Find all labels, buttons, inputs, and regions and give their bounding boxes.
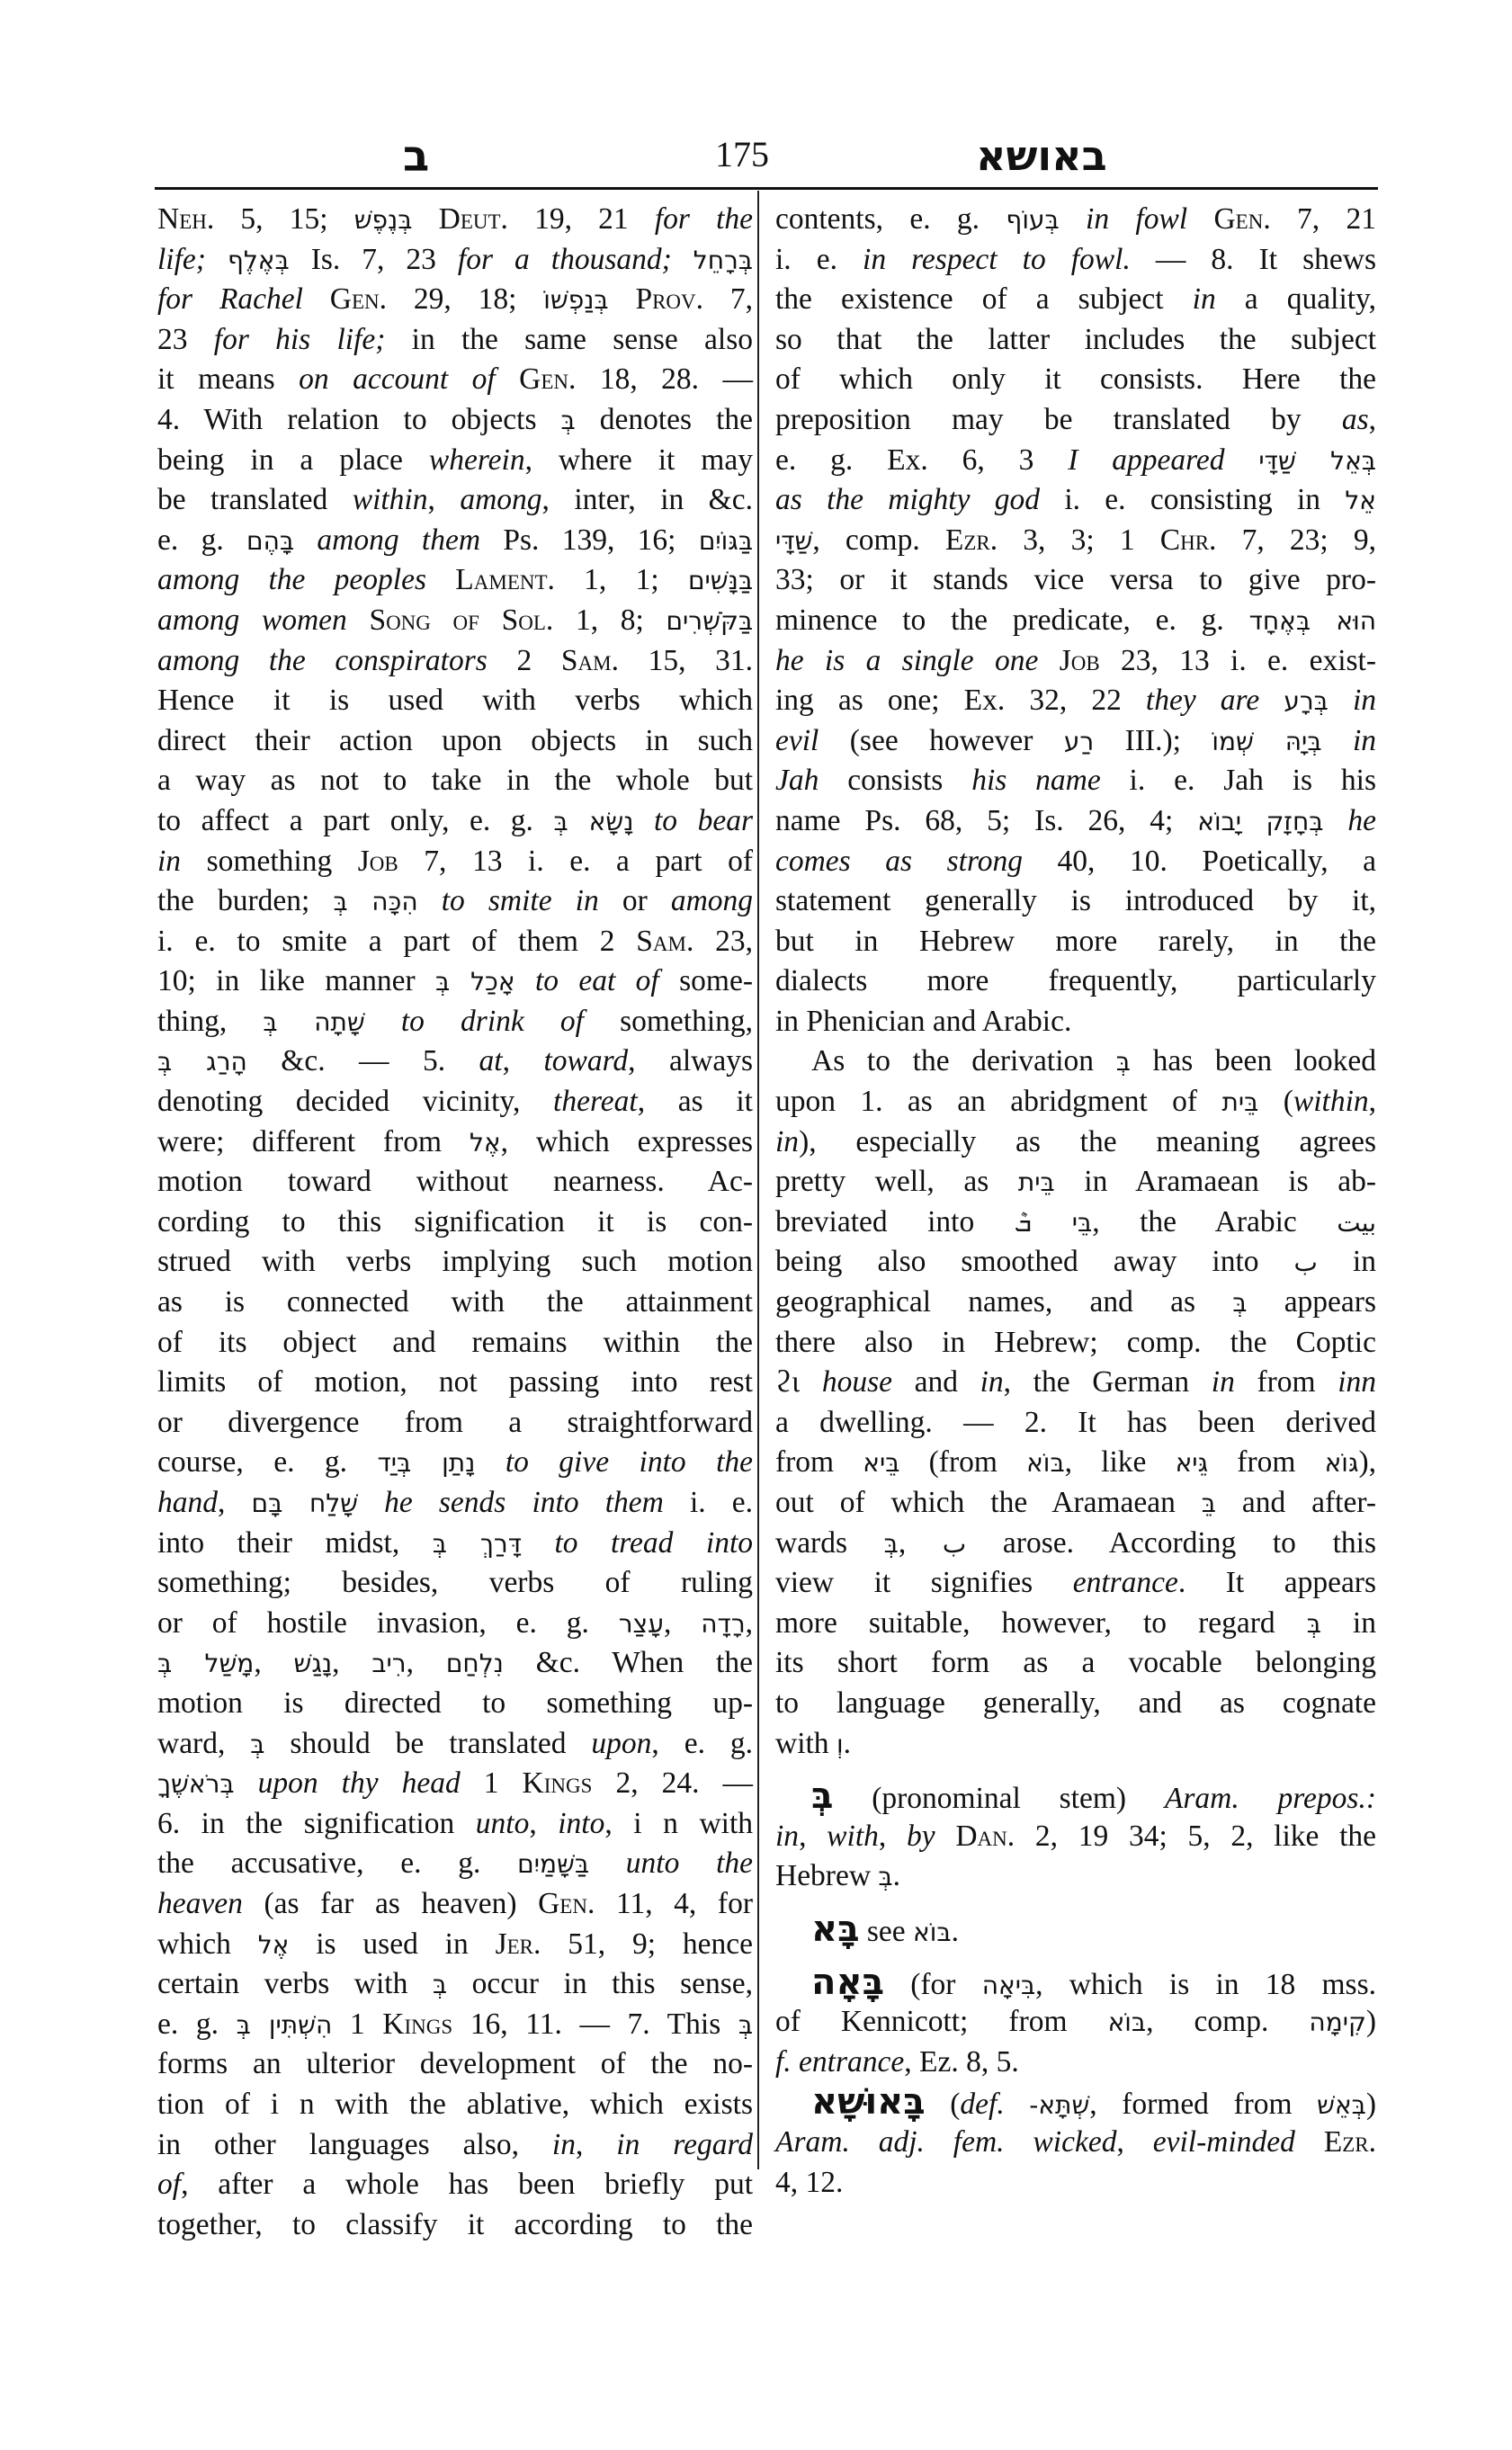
text-line: 4, 12. — [775, 2163, 1376, 2204]
text-line: ϩι house and in, the German in from inn — [775, 1363, 1376, 1403]
text-line: he is a single one Job 23, 13 i. e. exis… — [775, 641, 1376, 682]
text-line: something; besides, verbs of ruling — [157, 1563, 753, 1604]
text-line: breviated into בֵּי ܒܶ, the Arabic بيت — [775, 1203, 1376, 1243]
entry-headword: בָּאָה — [811, 1962, 884, 2003]
text-line: ward, בְּ should be translated upon, e. … — [157, 1724, 753, 1765]
text-line: in Phenician and Arabic. — [775, 1002, 1376, 1042]
text-line: i. e. to smite a part of them 2 Sam. 23, — [157, 922, 753, 962]
text-line: minence to the predicate, e. g. הוּא בְּ… — [775, 601, 1376, 641]
text-line: wards בְּ, ب arose. According to this — [775, 1524, 1376, 1564]
entry-headword: בָּאוּשָׁא — [811, 2081, 926, 2123]
text-line: Hebrew בְּ. — [775, 1856, 1376, 1897]
text-line: contents, e. g. בְּעוֹף in fowl Gen. 7, … — [775, 200, 1376, 240]
text-line: Neh. 5, 15; בְּנֶפֶשׁ Deut. 19, 21 for t… — [157, 200, 753, 240]
text-line: a way as not to take in the whole but — [157, 761, 753, 801]
text-line: direct their action upon objects in such — [157, 721, 753, 762]
text-line: statement generally is introduced by it, — [775, 881, 1376, 922]
text-line: שַׁדָּי, comp. Ezr. 3, 3; 1 Chr. 7, 23; … — [775, 521, 1376, 561]
text-line: geographical names, and as בְּ appears — [775, 1283, 1376, 1323]
text-line: dialects more frequently, particularly — [775, 961, 1376, 1002]
text-line: from בֵּיא (from בּוֹא, like גֵּיא from … — [775, 1443, 1376, 1483]
text-line: 4. With relation to objects בְּ denotes … — [157, 400, 753, 441]
text-line: motion toward without nearness. Ac- — [157, 1162, 753, 1203]
header-rule — [155, 187, 1378, 190]
text-line: which אֶל is used in Jer. 51, 9; hence — [157, 1925, 753, 1965]
entry-headword-line: בָּא see בּוֹא. — [775, 1909, 1376, 1950]
text-line: motion is directed to something up- — [157, 1684, 753, 1724]
text-line: in), especially as the meaning agrees — [775, 1122, 1376, 1163]
left-column: Neh. 5, 15; בְּנֶפֶשׁ Deut. 19, 21 for t… — [157, 200, 753, 2245]
text-line: the burden; הִכָּה בְּ to smite in or am… — [157, 881, 753, 922]
text-line: 10; in like manner אָכַל בְּ to eat of s… — [157, 961, 753, 1002]
text-line: of, after a whole has been briefly put — [157, 2165, 753, 2205]
text-line: limits of motion, not passing into rest — [157, 1363, 753, 1403]
entry-headword: בָּא — [811, 1909, 860, 1950]
text-line: the existence of a subject in a quality, — [775, 280, 1376, 320]
text-line: of which only it consists. Here the — [775, 360, 1376, 400]
text-line: there also in Hebrew; comp. the Coptic — [775, 1323, 1376, 1364]
text-line: out of which the Aramaean בֵּ and after- — [775, 1483, 1376, 1524]
column-divider — [757, 191, 759, 2169]
right-column: contents, e. g. בְּעוֹף in fowl Gen. 7, … — [775, 200, 1376, 2203]
text-line: f. entrance, Ez. 8, 5. — [775, 2043, 1376, 2083]
text-line: denoting decided vicinity, thereat, as i… — [157, 1082, 753, 1122]
text-line: or divergence from a straightforward — [157, 1403, 753, 1444]
header-letter: ב — [403, 131, 429, 182]
text-line: e. g. Ex. 6, 3 I appeared בְּאֵל שַׁדָּי — [775, 441, 1376, 481]
text-line: strued with verbs implying such motion — [157, 1242, 753, 1283]
text-line: together, to classify it according to th… — [157, 2205, 753, 2246]
text-line: i. e. in respect to fowl. — 8. It shews — [775, 240, 1376, 281]
text-line: among women Song of Sol. 1, 8; בַּקֹּשְׁ… — [157, 601, 753, 641]
page-number: 175 — [715, 133, 769, 175]
text-line: of its object and remains within the — [157, 1323, 753, 1364]
text-line: being also smoothed away into ب in — [775, 1242, 1376, 1283]
text-line: name Ps. 68, 5; Is. 26, 4; בְּחָזָק יָבו… — [775, 801, 1376, 842]
text-line: be translated within, among, inter, in &… — [157, 480, 753, 521]
text-line: were; different from אֶל, which expresse… — [157, 1122, 753, 1163]
text-line: 23 for his life; in the same sense also — [157, 320, 753, 361]
page-header: ב 175 באושא — [0, 126, 1512, 180]
text-line: among the peoples Lament. 1, 1; בַּנָּשִ… — [157, 560, 753, 601]
text-line: e. g. הִשְׁתִּין בְּ 1 Kings 16, 11. — 7… — [157, 2005, 753, 2045]
text-line: tion of i n with the ablative, which exi… — [157, 2085, 753, 2125]
text-line: upon 1. as an abridgment of בֵּית (withi… — [775, 1082, 1376, 1122]
text-line: Aram. adj. fem. wicked, evil-minded Ezr. — [775, 2123, 1376, 2163]
text-line: Jah consists his name i. e. Jah is his — [775, 761, 1376, 801]
text-line: the accusative, e. g. בַּשָּׁמַיִם unto … — [157, 1844, 753, 1884]
text-line: for Rachel Gen. 29, 18; בְּנַפְשׁוֹ Prov… — [157, 280, 753, 320]
text-line: in other languages also, in, in regard — [157, 2125, 753, 2166]
text-line: with וְ. — [775, 1724, 1376, 1765]
entry-headword-line: בָּאָה (for בִּיאָה, which is in 18 mss. — [775, 1963, 1376, 2003]
text-line: הָרַג בְּ &c. — 5. at, toward, always — [157, 1042, 753, 1082]
text-line: its short form as a vocable belonging — [775, 1643, 1376, 1684]
text-line: being in a place wherein, where it may — [157, 441, 753, 481]
text-line: preposition may be translated by as, — [775, 400, 1376, 441]
text-line: to affect a part only, e. g. נָשָׂא בְּ … — [157, 801, 753, 842]
text-line: 6. in the signification unto, into, i n … — [157, 1804, 753, 1845]
text-line: of Kennicott; from בּוֹא, comp. קִימָה) — [775, 2002, 1376, 2043]
text-line: among the conspirators 2 Sam. 15, 31. — [157, 641, 753, 682]
entry-headword: בְּ — [811, 1775, 833, 1817]
text-line: pretty well, as בֵּית in Aramaean is ab- — [775, 1162, 1376, 1203]
text-line: מָשַׁל בְּ, נָגַשׁ, רִיב, נִלְחַם &c. Wh… — [157, 1643, 753, 1684]
text-line: in something Job 7, 13 i. e. a part of — [157, 842, 753, 882]
text-line: as the mighty god i. e. consisting in אֵ… — [775, 480, 1376, 521]
text-line: As to the derivation בְּ has been looked — [775, 1042, 1376, 1082]
entry-headword-line: בְּ (pronominal stem) Aram. prepos.: — [775, 1776, 1376, 1817]
text-line: thing, שָׁתָה בְּ to drink of something, — [157, 1002, 753, 1042]
text-line: or of hostile invasion, e. g. עָצַר, רָד… — [157, 1604, 753, 1644]
text-line: it means on account of Gen. 18, 28. — — [157, 360, 753, 400]
text-line: 33; or it stands vice versa to give pro- — [775, 560, 1376, 601]
text-line: בְּרֹאשֶׁךָ upon thy head 1 Kings 2, 24.… — [157, 1764, 753, 1804]
text-line: cording to this signification it is con- — [157, 1203, 753, 1243]
text-line: so that the latter includes the subject — [775, 320, 1376, 361]
text-line: heaven (as far as heaven) Gen. 11, 4, fo… — [157, 1884, 753, 1925]
text-line: in, with, by Dan. 2, 19 34; 5, 2, like t… — [775, 1817, 1376, 1857]
text-line: to language generally, and as cognate — [775, 1684, 1376, 1724]
text-line: course, e. g. נָתַן בְּיַד to give into … — [157, 1443, 753, 1483]
text-line: certain verbs with בְּ occur in this sen… — [157, 1964, 753, 2005]
text-line: hand, שָׁלַח בָּם he sends into them i. … — [157, 1483, 753, 1524]
text-line: a dwelling. — 2. It has been derived — [775, 1403, 1376, 1444]
text-line: Hence it is used with verbs which — [157, 681, 753, 721]
text-line: comes as strong 40, 10. Poetically, a — [775, 842, 1376, 882]
text-line: more suitable, however, to regard בְּ in — [775, 1604, 1376, 1644]
text-line: ing as one; Ex. 32, 22 they are בְּרָע i… — [775, 681, 1376, 721]
text-line: e. g. בָּהֶם among them Ps. 139, 16; בַּ… — [157, 521, 753, 561]
text-line: into their midst, דָּרַךְ בְּ to tread i… — [157, 1524, 753, 1564]
guide-word: באושא — [976, 131, 1107, 180]
text-line: view it signifies entrance. It appears — [775, 1563, 1376, 1604]
text-line: as is connected with the attainment — [157, 1283, 753, 1323]
text-line: evil (see however רַע III.); בְּיָהּ שְׁ… — [775, 721, 1376, 762]
text-line: forms an ulterior development of the no- — [157, 2044, 753, 2085]
entry-headword-line: בָּאוּשָׁא (def. שְׁתָּא-, formed from ב… — [775, 2082, 1376, 2123]
text-line: life; בְּאֶלֶף Is. 7, 23 for a thousand;… — [157, 240, 753, 281]
text-line: but in Hebrew more rarely, in the — [775, 922, 1376, 962]
